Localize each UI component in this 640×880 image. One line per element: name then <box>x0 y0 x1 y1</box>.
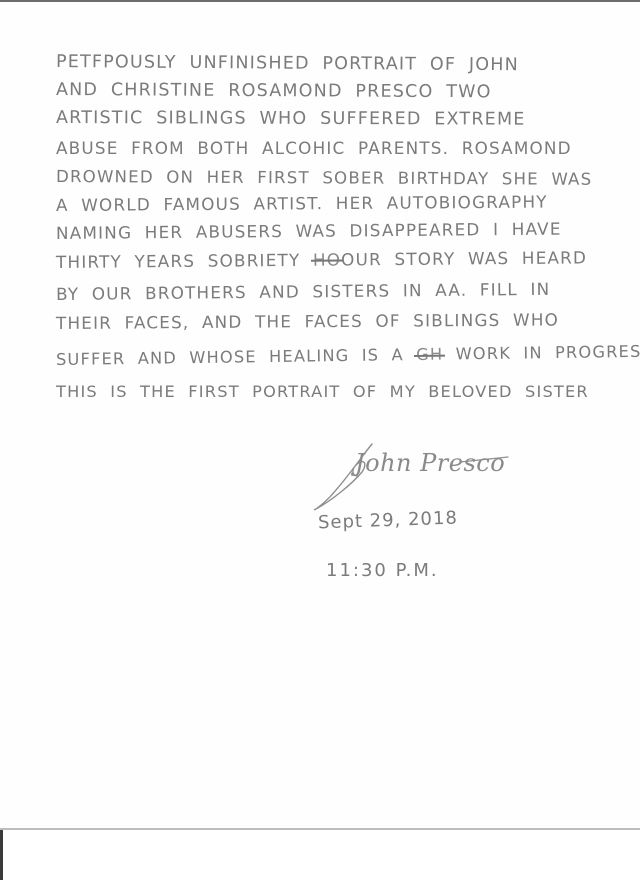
text-line-8: THIRTY YEARS SOBRIETY HOOUR STORY WAS HE… <box>56 247 587 272</box>
text-line-1: PETFPOUSLY UNFINISHED PORTRAIT OF JOHN <box>56 52 519 75</box>
text-line-12: THIS IS THE FIRST PORTRAIT OF MY BELOVED… <box>56 382 589 401</box>
text-line-4: ABUSE FROM BOTH ALCOHIC PARENTS. ROSAMON… <box>56 138 572 158</box>
text-line-9: BY OUR BROTHERS AND SISTERS IN AA. FILL … <box>56 279 551 304</box>
text-line-6: A WORLD FAMOUS ARTIST. HER AUTOBIOGRAPHY <box>56 192 548 215</box>
text-line-11-start: SUFFER AND WHOSE HEALING IS A <box>56 345 416 369</box>
scanned-page: PETFPOUSLY UNFINISHED PORTRAIT OF JOHN A… <box>0 0 640 828</box>
signature-name: John Presco <box>355 449 505 477</box>
struck-out-word: GH <box>416 345 443 364</box>
text-line-3: ARTISTIC SIBLINGS WHO SUFFERED EXTREME <box>56 108 526 130</box>
text-line-8-start: THIRTY YEARS SOBRIETY <box>56 250 313 272</box>
text-line-10: THEIR FACES, AND THE FACES OF SIBLINGS W… <box>56 309 559 333</box>
text-line-8-end: OUR STORY WAS HEARD <box>341 247 587 269</box>
struck-out-word: HO <box>313 250 341 270</box>
text-line-2: AND CHRISTINE ROSAMOND PRESCO TWO <box>56 80 492 102</box>
signature-date: Sept 29, 2018 <box>318 508 459 534</box>
text-line-5: DROWNED ON HER FIRST SOBER BIRTHDAY SHE … <box>56 167 592 189</box>
text-line-11: SUFFER AND WHOSE HEALING IS A GH WORK IN… <box>56 342 640 369</box>
text-line-11-end: WORK IN PROGRESS <box>443 342 640 364</box>
scanner-background <box>3 830 640 880</box>
text-line-7: NAMING HER ABUSERS WAS DISAPPEARED I HAV… <box>56 219 562 243</box>
signature-time: 11:30 P.M. <box>326 560 439 581</box>
